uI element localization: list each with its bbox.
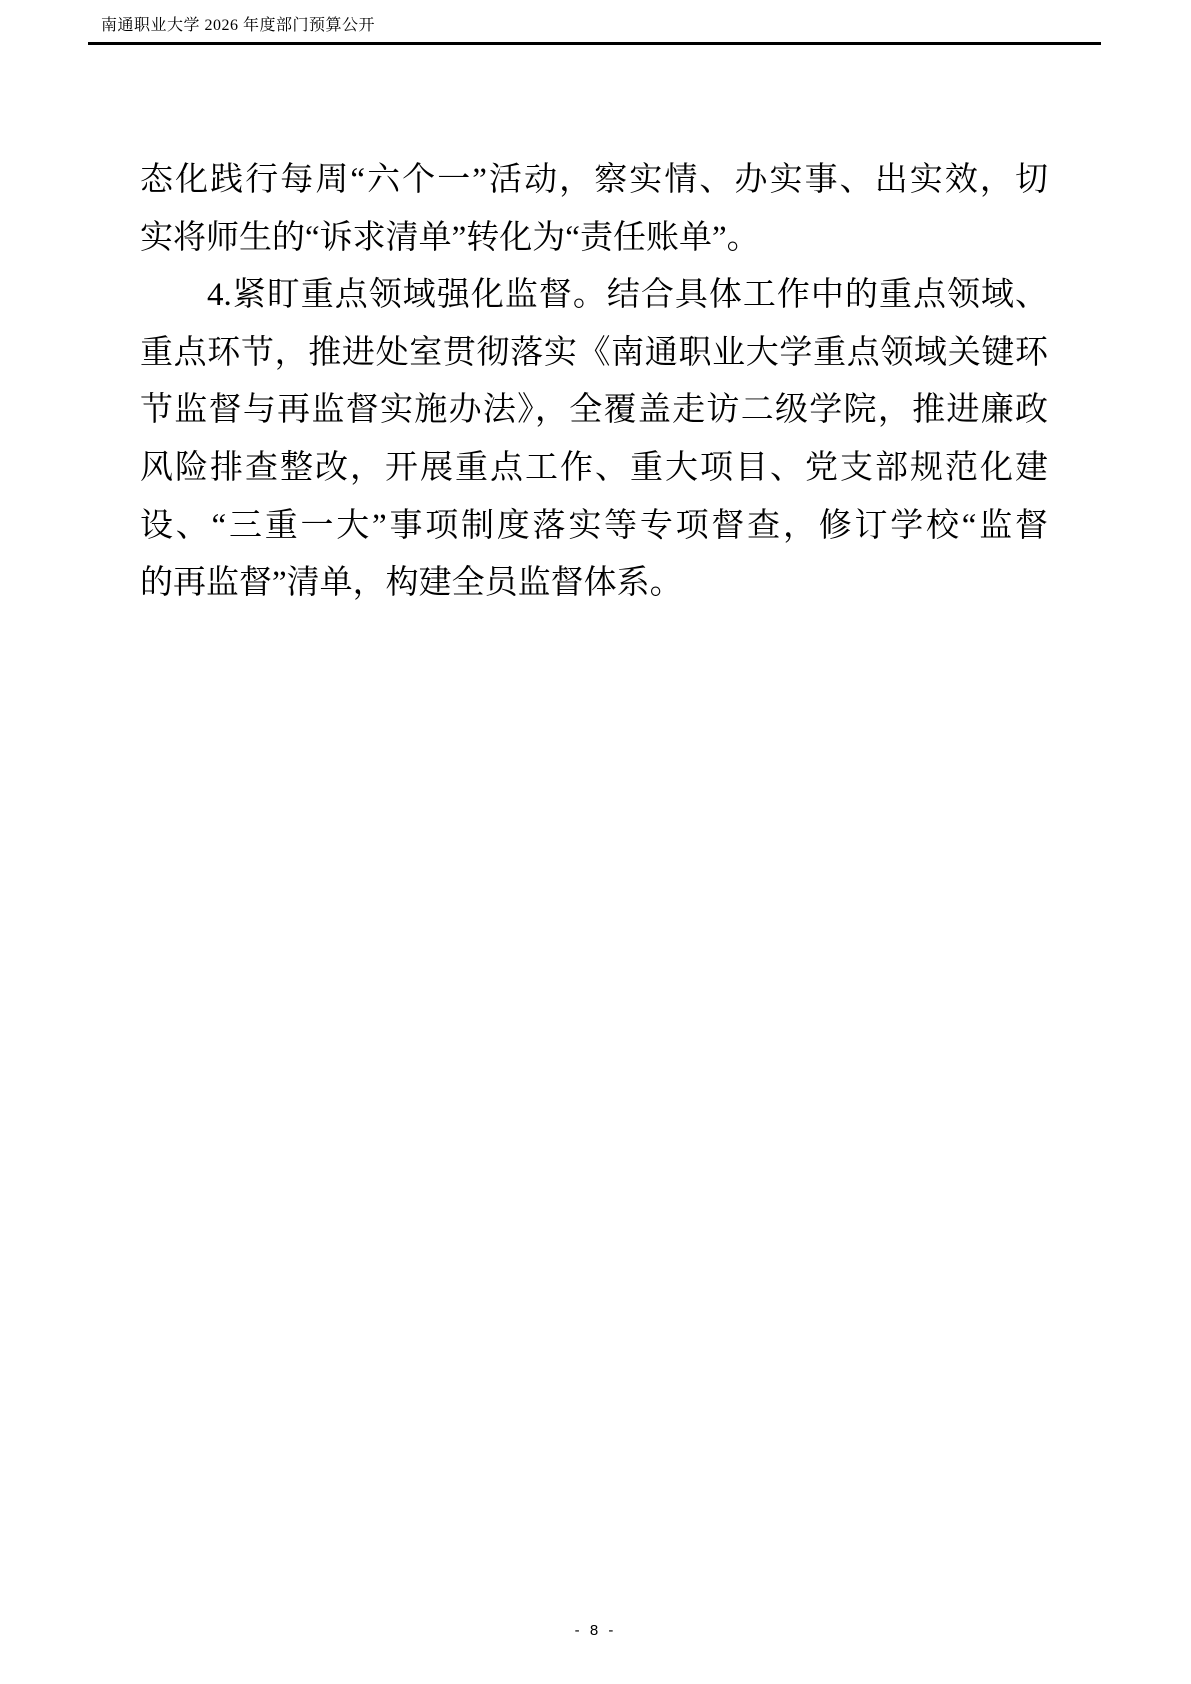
page-footer: - 8 - xyxy=(0,1622,1191,1640)
header-title: 南通职业大学 2026 年度部门预算公开 xyxy=(101,15,375,37)
header-divider xyxy=(88,42,1101,45)
text-line: 4.紧盯重点领域强化监督。结合具体工作中的重点领域、 xyxy=(140,267,1048,325)
text-line: 风险排查整改，开展重点工作、重大项目、党支部规范化建 xyxy=(140,440,1048,498)
paragraph-item-4: 4.紧盯重点领域强化监督。结合具体工作中的重点领域、 重点环节，推进处室贯彻落实… xyxy=(140,267,1048,613)
text-line: 节监督与再监督实施办法》，全覆盖走访二级学院，推进廉政 xyxy=(140,382,1048,440)
document-body: 态化践行每周“六个一”活动，察实情、办实事、出实效，切 实将师生的“诉求清单”转… xyxy=(140,152,1048,613)
paragraph-continued: 态化践行每周“六个一”活动，察实情、办实事、出实效，切 实将师生的“诉求清单”转… xyxy=(140,152,1048,267)
text-line: 设、“三重一大”事项制度落实等专项督查，修订学校“监督 xyxy=(140,498,1048,556)
text-line: 的再监督”清单，构建全员监督体系。 xyxy=(140,555,1048,613)
text-line: 实将师生的“诉求清单”转化为“责任账单”。 xyxy=(140,210,1048,268)
text-line: 重点环节，推进处室贯彻落实《南通职业大学重点领域关键环 xyxy=(140,325,1048,383)
document-page: 南通职业大学 2026 年度部门预算公开 态化践行每周“六个一”活动，察实情、办… xyxy=(0,0,1191,1684)
text-line: 态化践行每周“六个一”活动，察实情、办实事、出实效，切 xyxy=(140,152,1048,210)
page-number: - 8 - xyxy=(575,1622,617,1639)
